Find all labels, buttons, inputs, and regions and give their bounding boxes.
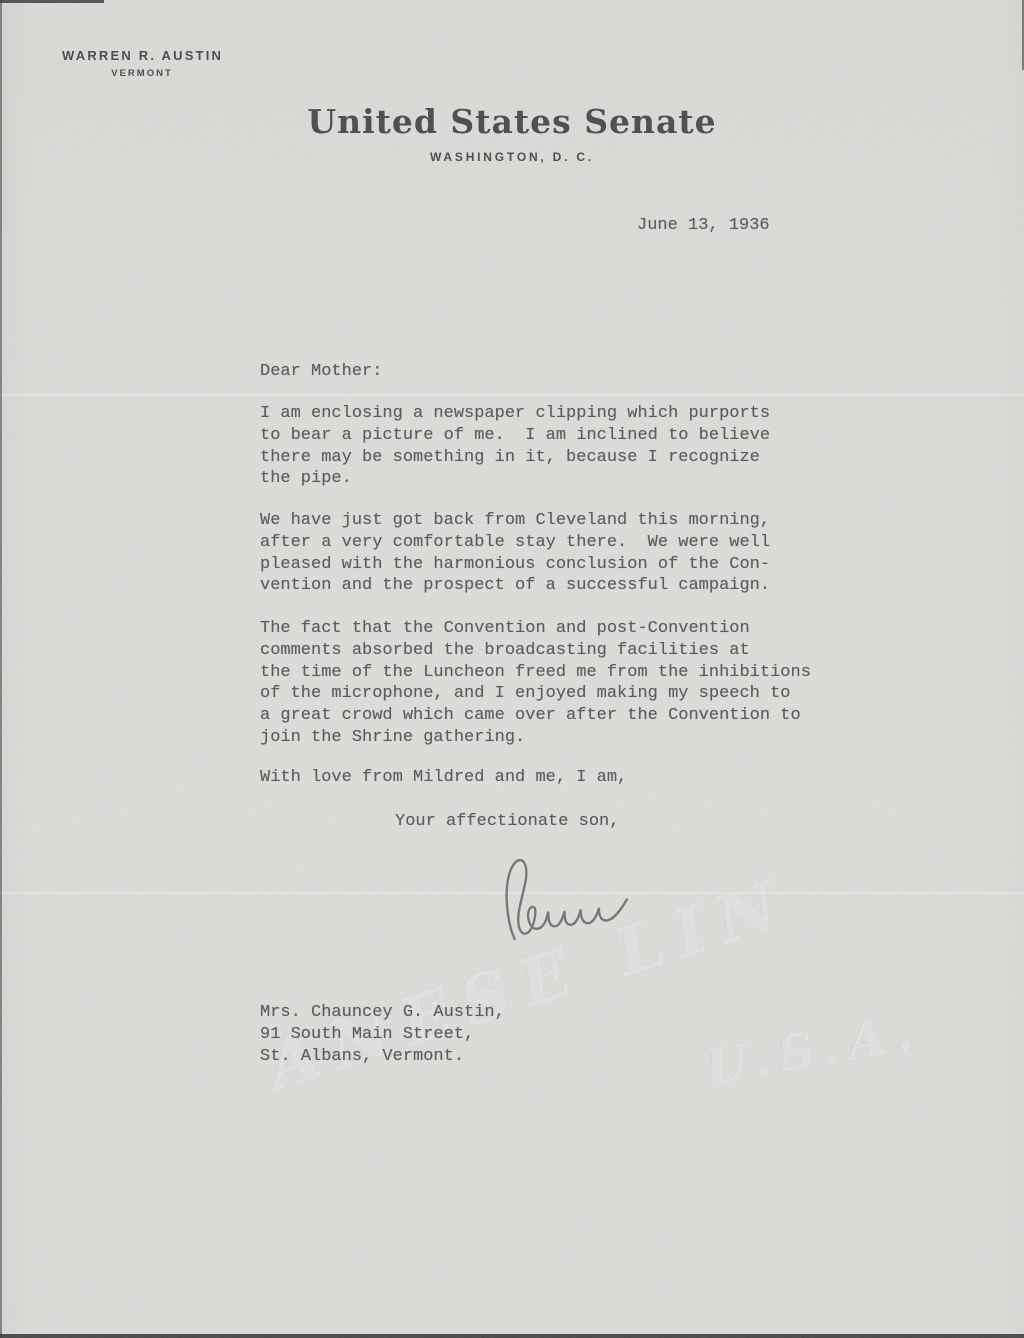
scan-edge-artifact [0,0,104,3]
institution-location: WASHINGTON, D. C. [0,150,1024,164]
scan-edge-artifact [0,1334,1024,1338]
paper-watermark-usa: U.S.A. [700,1002,924,1095]
sender-state: VERMONT [62,68,222,79]
recipient-address: Mrs. Chauncey G. Austin, 91 South Main S… [260,1002,505,1067]
date-line: June 13, 1936 [637,215,770,237]
salutation: Dear Mother: [260,361,382,383]
sender-block: WARREN R. AUSTIN VERMONT [62,48,222,79]
body-paragraph-1: I am enclosing a newspaper clipping whic… [260,403,770,490]
valediction-line: With love from Mildred and me, I am, [260,767,627,789]
body-paragraph-2: We have just got back from Cleveland thi… [260,510,770,597]
scan-edge-artifact [0,0,2,1338]
body-paragraph-3: The fact that the Convention and post-Co… [260,618,811,749]
sender-name: WARREN R. AUSTIN [62,48,222,63]
signoff-line: Your affectionate son, [395,811,619,833]
handwritten-signature [496,851,641,944]
institution-title: United States Senate [0,102,1024,141]
scanned-letter-page: ANESE LIN U.S.A. WARREN R. AUSTIN VERMON… [0,0,1024,1338]
paper-crease-line [0,393,1024,396]
